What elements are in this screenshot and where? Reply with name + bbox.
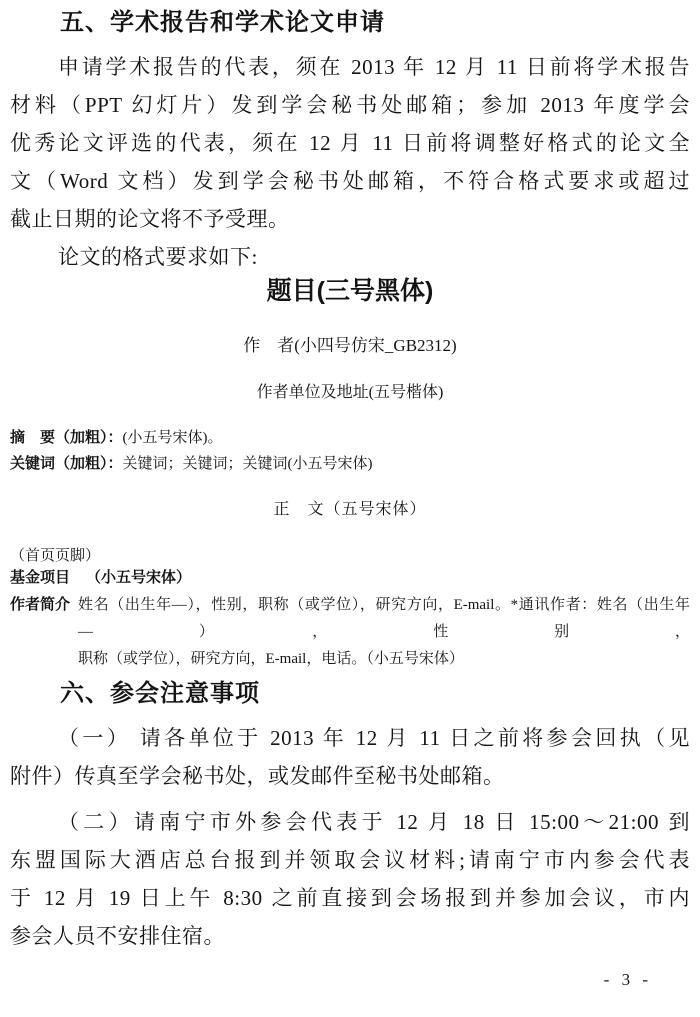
section-five-heading: 五、学术报告和学术论文申请 xyxy=(60,10,690,36)
template-affiliation-line: 作者单位及地址(五号楷体) xyxy=(10,382,690,404)
template-fund-line: 基金项目（小五号宋体） xyxy=(10,568,690,588)
template-title-line: 题目(三号黑体) xyxy=(10,276,690,306)
paragraph-line: 申请学术报告的代表，须在 2013 年 12 月 11 日前将学术报告 xyxy=(10,48,690,86)
template-author-line: 作 者(小四号仿宋_GB2312) xyxy=(10,334,690,358)
paragraph-line: 东盟国际大酒店总台报到并领取会议材料;请南宁市内参会代表 xyxy=(10,841,690,879)
keywords-value: 关键词；关键词；关键词(小五号宋体) xyxy=(123,456,373,472)
keywords-label: 关键词（加粗）： xyxy=(10,456,123,472)
fund-value: （小五号宋体） xyxy=(86,570,191,586)
template-abstract-line: 摘 要（加粗）：(小五号宋体)。 xyxy=(10,428,690,448)
paragraph-format-intro: 论文的格式要求如下: xyxy=(10,238,690,276)
template-keywords-line: 关键词（加粗）：关键词；关键词；关键词(小五号宋体) xyxy=(10,454,690,474)
fund-label: 基金项目 xyxy=(10,570,70,586)
paragraph-line: 文（Word 文档）发到学会秘书处邮箱，不符合格式要求或超过 xyxy=(10,162,690,200)
paragraph-line: 优秀论文评选的代表，须在 12 月 11 日前将调整好格式的论文全 xyxy=(10,124,690,162)
abstract-value: (小五号宋体)。 xyxy=(123,430,223,446)
paragraph-line: 附件）传真至学会秘书处，或发邮件至秘书处邮箱。 xyxy=(10,757,690,795)
bio-line: 职称（或学位），研究方向，E-mail，电话。（小五号宋体） xyxy=(78,646,690,673)
paragraph-notice-item2: （二）请南宁市外参会代表于 12 月 18 日 15:00～21:00 到 东盟… xyxy=(10,803,690,955)
section-six-heading: 六、参会注意事项 xyxy=(60,681,690,707)
paragraph-line: 材料（PPT 幻灯片）发到学会秘书处邮箱；参加 2013 年度学会 xyxy=(10,86,690,124)
paragraph-line: 论文的格式要求如下: xyxy=(10,238,690,276)
paragraph-notice-item1: （一） 请各单位于 2013 年 12 月 11 日之前将参会回执（见 附件）传… xyxy=(10,719,690,795)
document-page: 五、学术报告和学术论文申请 申请学术报告的代表，须在 2013 年 12 月 1… xyxy=(0,0,700,1017)
paragraph-line: 截止日期的论文将不予受理。 xyxy=(10,200,690,238)
paragraph-line: 于 12 月 19 日上午 8:30 之前直接到会场报到并参加会议，市内 xyxy=(10,879,690,917)
bio-label: 作者简介 xyxy=(10,592,72,673)
template-footer-note: （首页页脚） xyxy=(10,546,690,566)
template-bodytext-line: 正 文（五号宋体） xyxy=(10,500,690,520)
abstract-label: 摘 要（加粗）： xyxy=(10,430,123,446)
paragraph-line: （一） 请各单位于 2013 年 12 月 11 日之前将参会回执（见 xyxy=(10,719,690,757)
page-number: - 3 - xyxy=(604,970,652,990)
paragraph-report-application: 申请学术报告的代表，须在 2013 年 12 月 11 日前将学术报告 材料（P… xyxy=(10,48,690,238)
bio-line: 姓名（出生年—），性别，职称（或学位），研究方向，E-mail。*通讯作者：姓名… xyxy=(78,592,690,646)
template-bio-block: 作者简介 姓名（出生年—），性别，职称（或学位），研究方向，E-mail。*通讯… xyxy=(10,592,690,673)
paragraph-line: 参会人员不安排住宿。 xyxy=(10,917,690,955)
bio-text: 姓名（出生年—），性别，职称（或学位），研究方向，E-mail。*通讯作者：姓名… xyxy=(78,592,690,673)
paragraph-line: （二）请南宁市外参会代表于 12 月 18 日 15:00～21:00 到 xyxy=(10,803,690,841)
